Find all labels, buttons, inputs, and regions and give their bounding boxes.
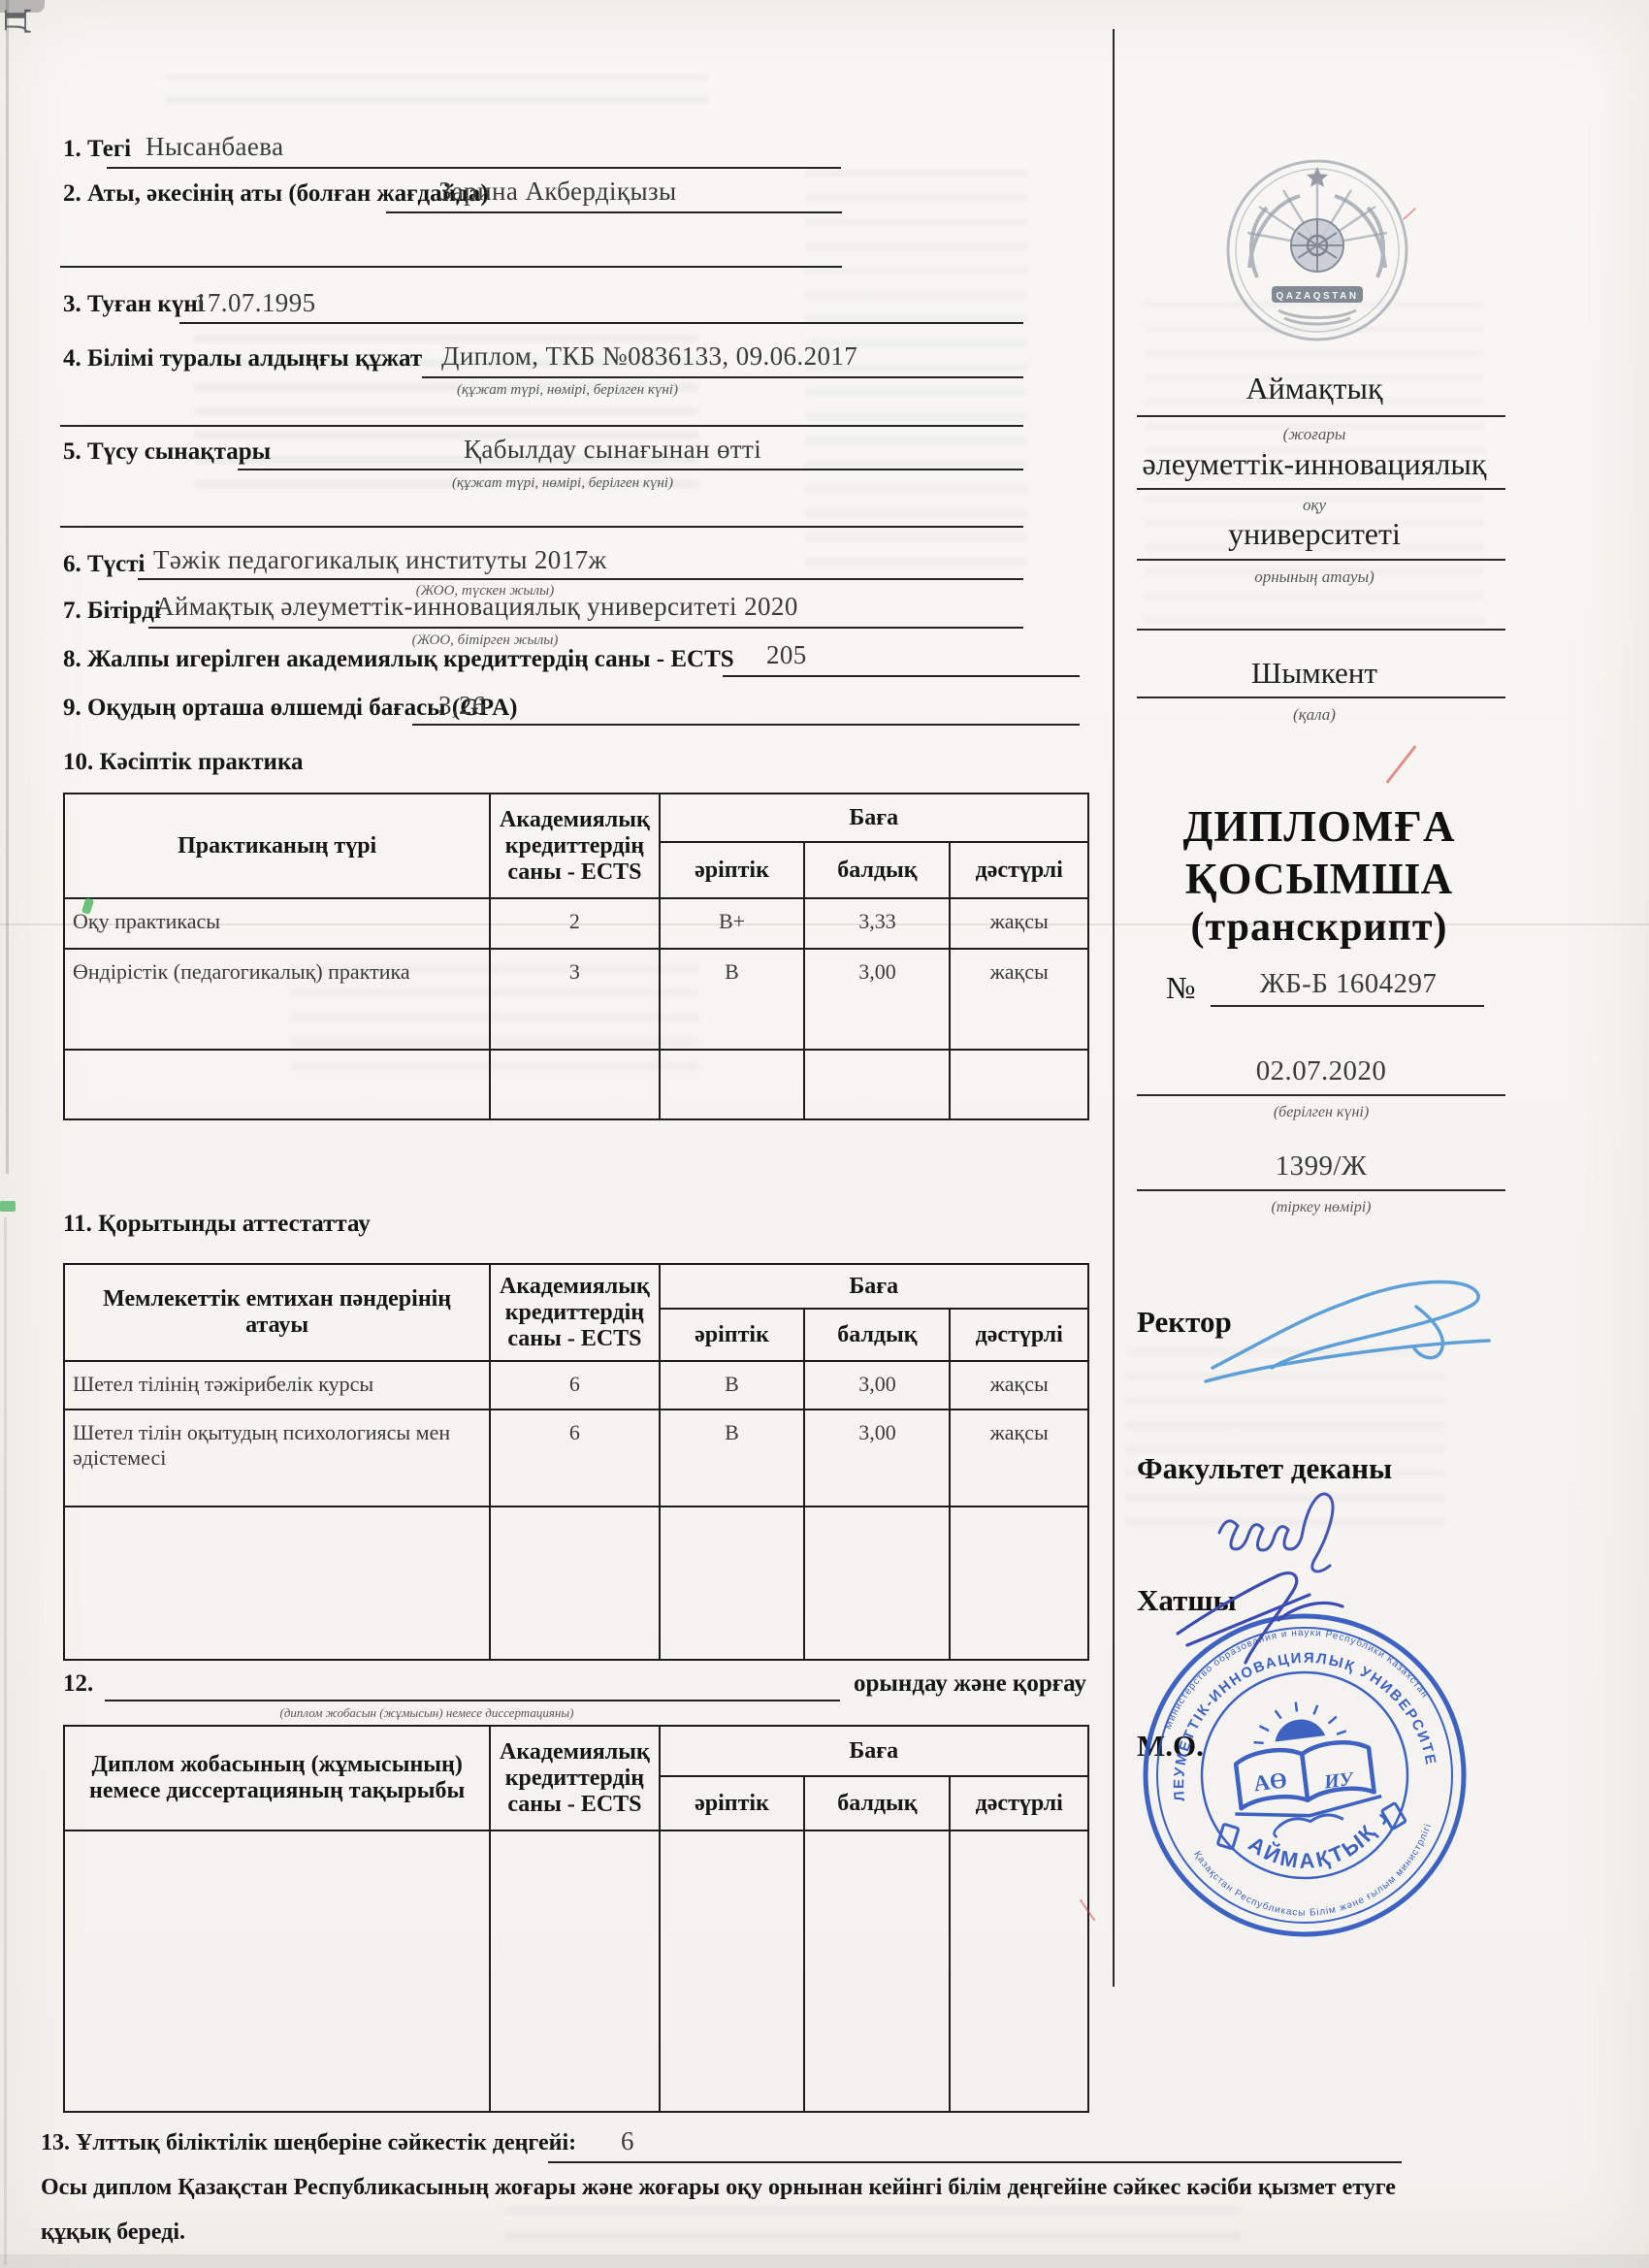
field-7-underline — [148, 627, 1023, 629]
field-4-underline — [422, 376, 1023, 378]
field-2-underline — [386, 211, 842, 213]
grade-traditional-header: дәстүрлі — [950, 1776, 1088, 1831]
credits-header: Академиялық кредиттердің саны - ECTS — [490, 794, 659, 898]
city-hint: (қала) — [1125, 705, 1503, 725]
field-1-label: 1. Тегі — [63, 136, 131, 163]
cell-points-grade: 3,00 — [804, 1361, 950, 1409]
scan-edge — [0, 2254, 1649, 2268]
field-6-underline — [138, 578, 1023, 580]
org-hint-3: орнының атауы) — [1125, 567, 1503, 587]
field-8-label: 8. Жалпы игерілген академиялық кредиттер… — [63, 646, 734, 673]
column-divider — [1113, 29, 1115, 1987]
exam-name-header: Мемлекеттік емтихан пәндерінің атауы — [64, 1264, 490, 1361]
secretary-signature — [1156, 1560, 1360, 1676]
field-4-label: 4. Білімі туралы алдыңғы құжат — [63, 345, 422, 373]
stamp-banner-text: АЙМАҚТЫҚ — [1242, 1817, 1385, 1881]
section-11-title: 11. Қорытынды аттестаттау — [63, 1211, 371, 1238]
cell-practice-name: Өндірістік (педагогикалық) практика — [64, 949, 490, 1050]
diploma-project-table: Диплом жобасының (жұмысының) немесе дисс… — [63, 1725, 1089, 2113]
field-13-value: 6 — [621, 2126, 634, 2156]
scan-edge — [6, 0, 9, 1174]
org-name-line-3: университеті — [1125, 516, 1503, 552]
field-4-hint: (құжат түрі, нөмірі, берілген күні) — [407, 382, 727, 399]
green-ink-speck — [0, 1201, 16, 1212]
org-name-line-1: Аймақтық — [1125, 371, 1503, 406]
grade-letter-header: әріптік — [660, 1776, 805, 1831]
stamp-book-right-text: ИУ — [1322, 1768, 1356, 1794]
field-1-value: Нысанбаева — [145, 132, 283, 162]
field-8-value: 205 — [766, 640, 807, 670]
cell-traditional-grade: жақсы — [950, 1361, 1088, 1409]
section-10-title: 10. Кәсіптік практика — [63, 749, 303, 776]
field-13-underline — [548, 2161, 1402, 2163]
field-6-value: Тәжік педагогикалық институты 2017ж — [153, 545, 607, 575]
stamp-book-left-text: АӨ — [1252, 1767, 1288, 1796]
org-underline-2 — [1137, 488, 1505, 490]
city-underline — [1137, 697, 1505, 698]
field-9-underline — [412, 724, 1080, 726]
table-row-empty — [64, 1831, 1088, 2112]
scan-edge — [0, 0, 45, 13]
cell-traditional-grade: жақсы — [950, 898, 1088, 949]
cell-points-grade: 3,00 — [804, 1409, 950, 1507]
field-4-value: Диплом, ТКБ №0836133, 09.06.2017 — [441, 341, 857, 372]
cell-points-grade: 3,00 — [804, 949, 950, 1050]
issue-date-hint: (берілген күні) — [1137, 1104, 1505, 1121]
field-3-label: 3. Туған күні — [63, 291, 205, 318]
field-12-hint: (диплом жобасын (жұмысын) немесе диссерт… — [223, 1705, 630, 1721]
org-underline-1 — [1137, 415, 1505, 417]
table-row: Шетел тілінің тәжірибелік курсы 6 B 3,00… — [64, 1361, 1088, 1409]
empty-line — [60, 266, 842, 268]
bleed-through — [165, 76, 708, 120]
field-5-value: Қабылдау сынағынан өтті — [464, 435, 761, 465]
grade-letter-header: әріптік — [660, 1309, 805, 1361]
field-2-label: 2. Аты, әкесінің аты (болған жағдайда) — [63, 180, 489, 208]
cell-credits: 6 — [490, 1361, 659, 1409]
issue-date: 02.07.2020 — [1137, 1055, 1505, 1087]
emblem-banner-text: QAZAQSTAN — [1276, 291, 1358, 302]
field-12-underline — [105, 1700, 840, 1701]
cell-traditional-grade: жақсы — [950, 1409, 1088, 1507]
field-3-underline — [179, 322, 1023, 324]
empty-line — [60, 425, 1023, 427]
table-row-empty — [64, 1050, 1088, 1119]
cell-traditional-grade: жақсы — [950, 949, 1088, 1050]
cell-letter-grade: B — [660, 949, 805, 1050]
cell-points-grade: 3,33 — [804, 898, 950, 949]
table-row: Оқу практикасы 2 B+ 3,33 жақсы — [64, 898, 1088, 949]
field-6-label: 6. Түсті — [63, 551, 145, 578]
registration-hint: (тіркеу нөмірі) — [1137, 1199, 1505, 1216]
svg-text:АЙМАҚТЫҚ: АЙМАҚТЫҚ — [1242, 1817, 1385, 1881]
practice-name-header: Практиканың түрі — [64, 794, 490, 898]
cell-credits: 2 — [490, 898, 659, 949]
cell-credits: 3 — [490, 949, 659, 1050]
credits-header: Академиялық кредиттердің саны - ECTS — [490, 1726, 659, 1831]
cell-exam-name: Шетел тілін оқытудың психологиясы мен әд… — [64, 1409, 490, 1507]
table-row-empty — [64, 1507, 1088, 1660]
kazakhstan-emblem-icon: QAZAQSTAN — [1220, 153, 1414, 347]
grade-header: Баға — [660, 1726, 1088, 1776]
field-12-number: 12. — [63, 1670, 93, 1698]
diploma-number: ЖБ-Б 1604297 — [1212, 968, 1484, 1000]
cell-letter-grade: B — [660, 1361, 805, 1409]
field-9-value: 3,26 — [438, 691, 486, 721]
final-attestation-table: Мемлекеттік емтихан пәндерінің атауы Ака… — [63, 1263, 1089, 1661]
field-7-value: Аймақтық әлеуметтік-инновациялық универс… — [155, 592, 798, 622]
field-3-value: 17.07.1995 — [194, 288, 316, 318]
scan-edge — [4, 1217, 7, 2265]
practice-table: Практиканың түрі Академиялық кредиттерді… — [63, 793, 1089, 1120]
cell-letter-grade: B+ — [660, 898, 805, 949]
grade-header: Баға — [660, 1264, 1088, 1309]
field-7-label: 7. Бітірді — [63, 598, 161, 625]
diploma-supplement-page: ЖАРАМСЫЗ ДИПЛОМСЫЗ ДИПЛОМСЫЗ ЖАРАМСЫЗ 1.… — [0, 0, 1649, 2268]
red-ink-speck — [1386, 745, 1417, 784]
city-value: Шымкент — [1125, 656, 1503, 691]
field-8-underline — [723, 675, 1080, 677]
org-underline-3 — [1137, 559, 1505, 561]
grade-traditional-header: дәстүрлі — [950, 842, 1088, 898]
rector-signature — [1198, 1253, 1499, 1399]
field-5-underline — [238, 469, 1023, 470]
empty-line — [60, 526, 1023, 528]
field-12-suffix: орындау және қорғау — [854, 1670, 1086, 1698]
doc-title-line-1: ДИПЛОМҒА — [1125, 801, 1513, 852]
number-sign: № — [1166, 970, 1196, 1006]
credits-header: Академиялық кредиттердің саны - ECTS — [490, 1264, 659, 1361]
org-hint-1: (жоғары — [1125, 425, 1503, 444]
grade-points-header: балдық — [804, 1776, 950, 1831]
bleed-through — [805, 165, 1028, 582]
grade-letter-header: әріптік — [660, 842, 805, 898]
cell-credits: 6 — [490, 1409, 659, 1507]
field-5-label: 5. Түсу сынақтары — [63, 438, 271, 466]
dean-label: Факультет деканы — [1137, 1451, 1392, 1486]
cell-exam-name: Шетел тілінің тәжірибелік курсы — [64, 1361, 490, 1409]
org-name-line-2: әлеуметтік-инновациялық — [1115, 446, 1513, 482]
field-1-underline — [107, 167, 841, 169]
cell-practice-name: Оқу практикасы — [64, 898, 490, 949]
field-13-label: 13. Ұлттық біліктілік шеңберіне сәйкесті… — [41, 2130, 576, 2156]
statement-line-2: құқық береді. — [41, 2219, 185, 2246]
grade-header: Баға — [660, 794, 1088, 842]
issue-date-underline — [1137, 1094, 1505, 1096]
registration-underline — [1137, 1189, 1505, 1191]
org-underline-empty — [1137, 629, 1505, 631]
registration-number: 1399/Ж — [1137, 1150, 1505, 1183]
doc-title-line-2: ҚОСЫМША — [1125, 854, 1513, 904]
grade-points-header: балдық — [804, 1309, 950, 1361]
org-hint-2: оқу — [1125, 496, 1503, 515]
field-5-hint: (құжат түрі, нөмірі, берілген күні) — [417, 475, 708, 492]
cell-letter-grade: B — [660, 1409, 805, 1507]
number-underline — [1211, 1005, 1484, 1007]
project-name-header: Диплом жобасының (жұмысының) немесе дисс… — [64, 1726, 490, 1831]
grade-points-header: балдық — [804, 842, 950, 898]
statement-line-1: Осы диплом Қазақстан Республикасының жоғ… — [41, 2175, 1428, 2201]
grade-traditional-header: дәстүрлі — [950, 1309, 1088, 1361]
doc-title-line-3: (транскрипт) — [1125, 904, 1513, 951]
field-2-value: Зарина Акбердіқызы — [438, 177, 677, 207]
table-row: Шетел тілін оқытудың психологиясы мен әд… — [64, 1409, 1088, 1507]
table-row: Өндірістік (педагогикалық) практика 3 B … — [64, 949, 1088, 1050]
